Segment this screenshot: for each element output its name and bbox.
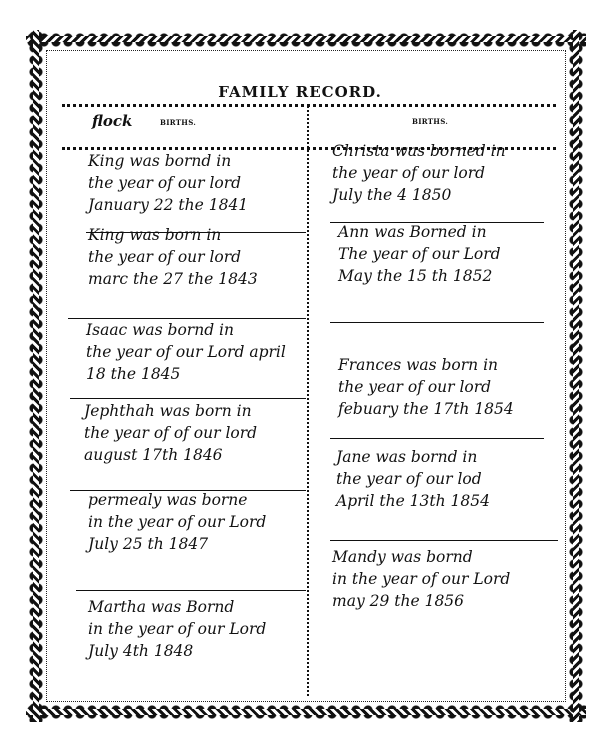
entry-line: may 29 the 1856 [332, 590, 510, 612]
handwritten-surname: flock [92, 112, 132, 130]
birth-entry: King was bornd inthe year of our lordJan… [88, 150, 248, 216]
entry-separator [330, 540, 558, 541]
birth-entry: Ann was Borned inThe year of our LordMay… [338, 221, 501, 287]
entry-separator [70, 398, 306, 399]
entry-line: January 22 the 1841 [88, 194, 248, 216]
entry-line: Christa was borned in [332, 140, 506, 162]
birth-entry: permealy was bornein the year of our Lor… [88, 489, 266, 555]
entry-line: Jephthah was born in [84, 400, 257, 422]
entry-line: august 17th 1846 [84, 444, 257, 466]
birth-entry: Isaac was bornd inthe year of our Lord a… [86, 319, 286, 385]
column-divider [307, 106, 309, 696]
entry-line: Jane was bornd in [336, 446, 490, 468]
entry-separator [330, 322, 544, 323]
entry-line: the year of of our lord [84, 422, 257, 444]
entry-line: in the year of our Lord [332, 568, 510, 590]
entry-line: July 25 th 1847 [88, 533, 266, 555]
entry-line: 18 the 1845 [86, 363, 286, 385]
border-bottom [26, 702, 586, 722]
border-top [26, 30, 586, 50]
border-right [566, 30, 586, 722]
entry-line: Martha was Bornd [88, 596, 266, 618]
entry-line: Ann was Borned in [338, 221, 501, 243]
page-title: FAMILY RECORD. [0, 83, 600, 101]
left-births-header: BIRTHS. [160, 118, 196, 127]
entry-separator [330, 438, 544, 439]
entry-line: in the year of our Lord [88, 618, 266, 640]
entry-line: the year of our lord [88, 246, 258, 268]
birth-entry: Frances was born inthe year of our lordf… [338, 354, 514, 420]
entry-line: the year of our Lord april [86, 341, 286, 363]
entry-line: July 4th 1848 [88, 640, 266, 662]
entry-line: April the 13th 1854 [336, 490, 490, 512]
birth-entry: Mandy was borndin the year of our Lordma… [332, 546, 510, 612]
entry-line: the year of our lord [332, 162, 506, 184]
birth-entry: King was born inthe year of our lordmarc… [88, 224, 258, 290]
entry-line: Isaac was bornd in [86, 319, 286, 341]
entry-line: The year of our Lord [338, 243, 501, 265]
entry-line: Frances was born in [338, 354, 514, 376]
border-left [26, 30, 46, 722]
right-births-header: BIRTHS. [412, 117, 448, 126]
entry-line: in the year of our Lord [88, 511, 266, 533]
entry-line: the year of our lord [88, 172, 248, 194]
entry-line: the year of our lod [336, 468, 490, 490]
birth-entry: Jephthah was born inthe year of of our l… [84, 400, 257, 466]
title-rule [62, 104, 556, 107]
entry-line: permealy was borne [88, 489, 266, 511]
entry-line: July the 4 1850 [332, 184, 506, 206]
entry-line: febuary the 17th 1854 [338, 398, 514, 420]
entry-line: King was bornd in [88, 150, 248, 172]
birth-entry: Jane was bornd inthe year of our lodApri… [336, 446, 490, 512]
entry-line: marc the 27 the 1843 [88, 268, 258, 290]
entry-separator [76, 590, 306, 591]
birth-entry: Christa was borned inthe year of our lor… [332, 140, 506, 206]
entry-line: the year of our lord [338, 376, 514, 398]
birth-entry: Martha was Borndin the year of our LordJ… [88, 596, 266, 662]
entry-line: May the 15 th 1852 [338, 265, 501, 287]
entry-line: Mandy was bornd [332, 546, 510, 568]
entry-line: King was born in [88, 224, 258, 246]
